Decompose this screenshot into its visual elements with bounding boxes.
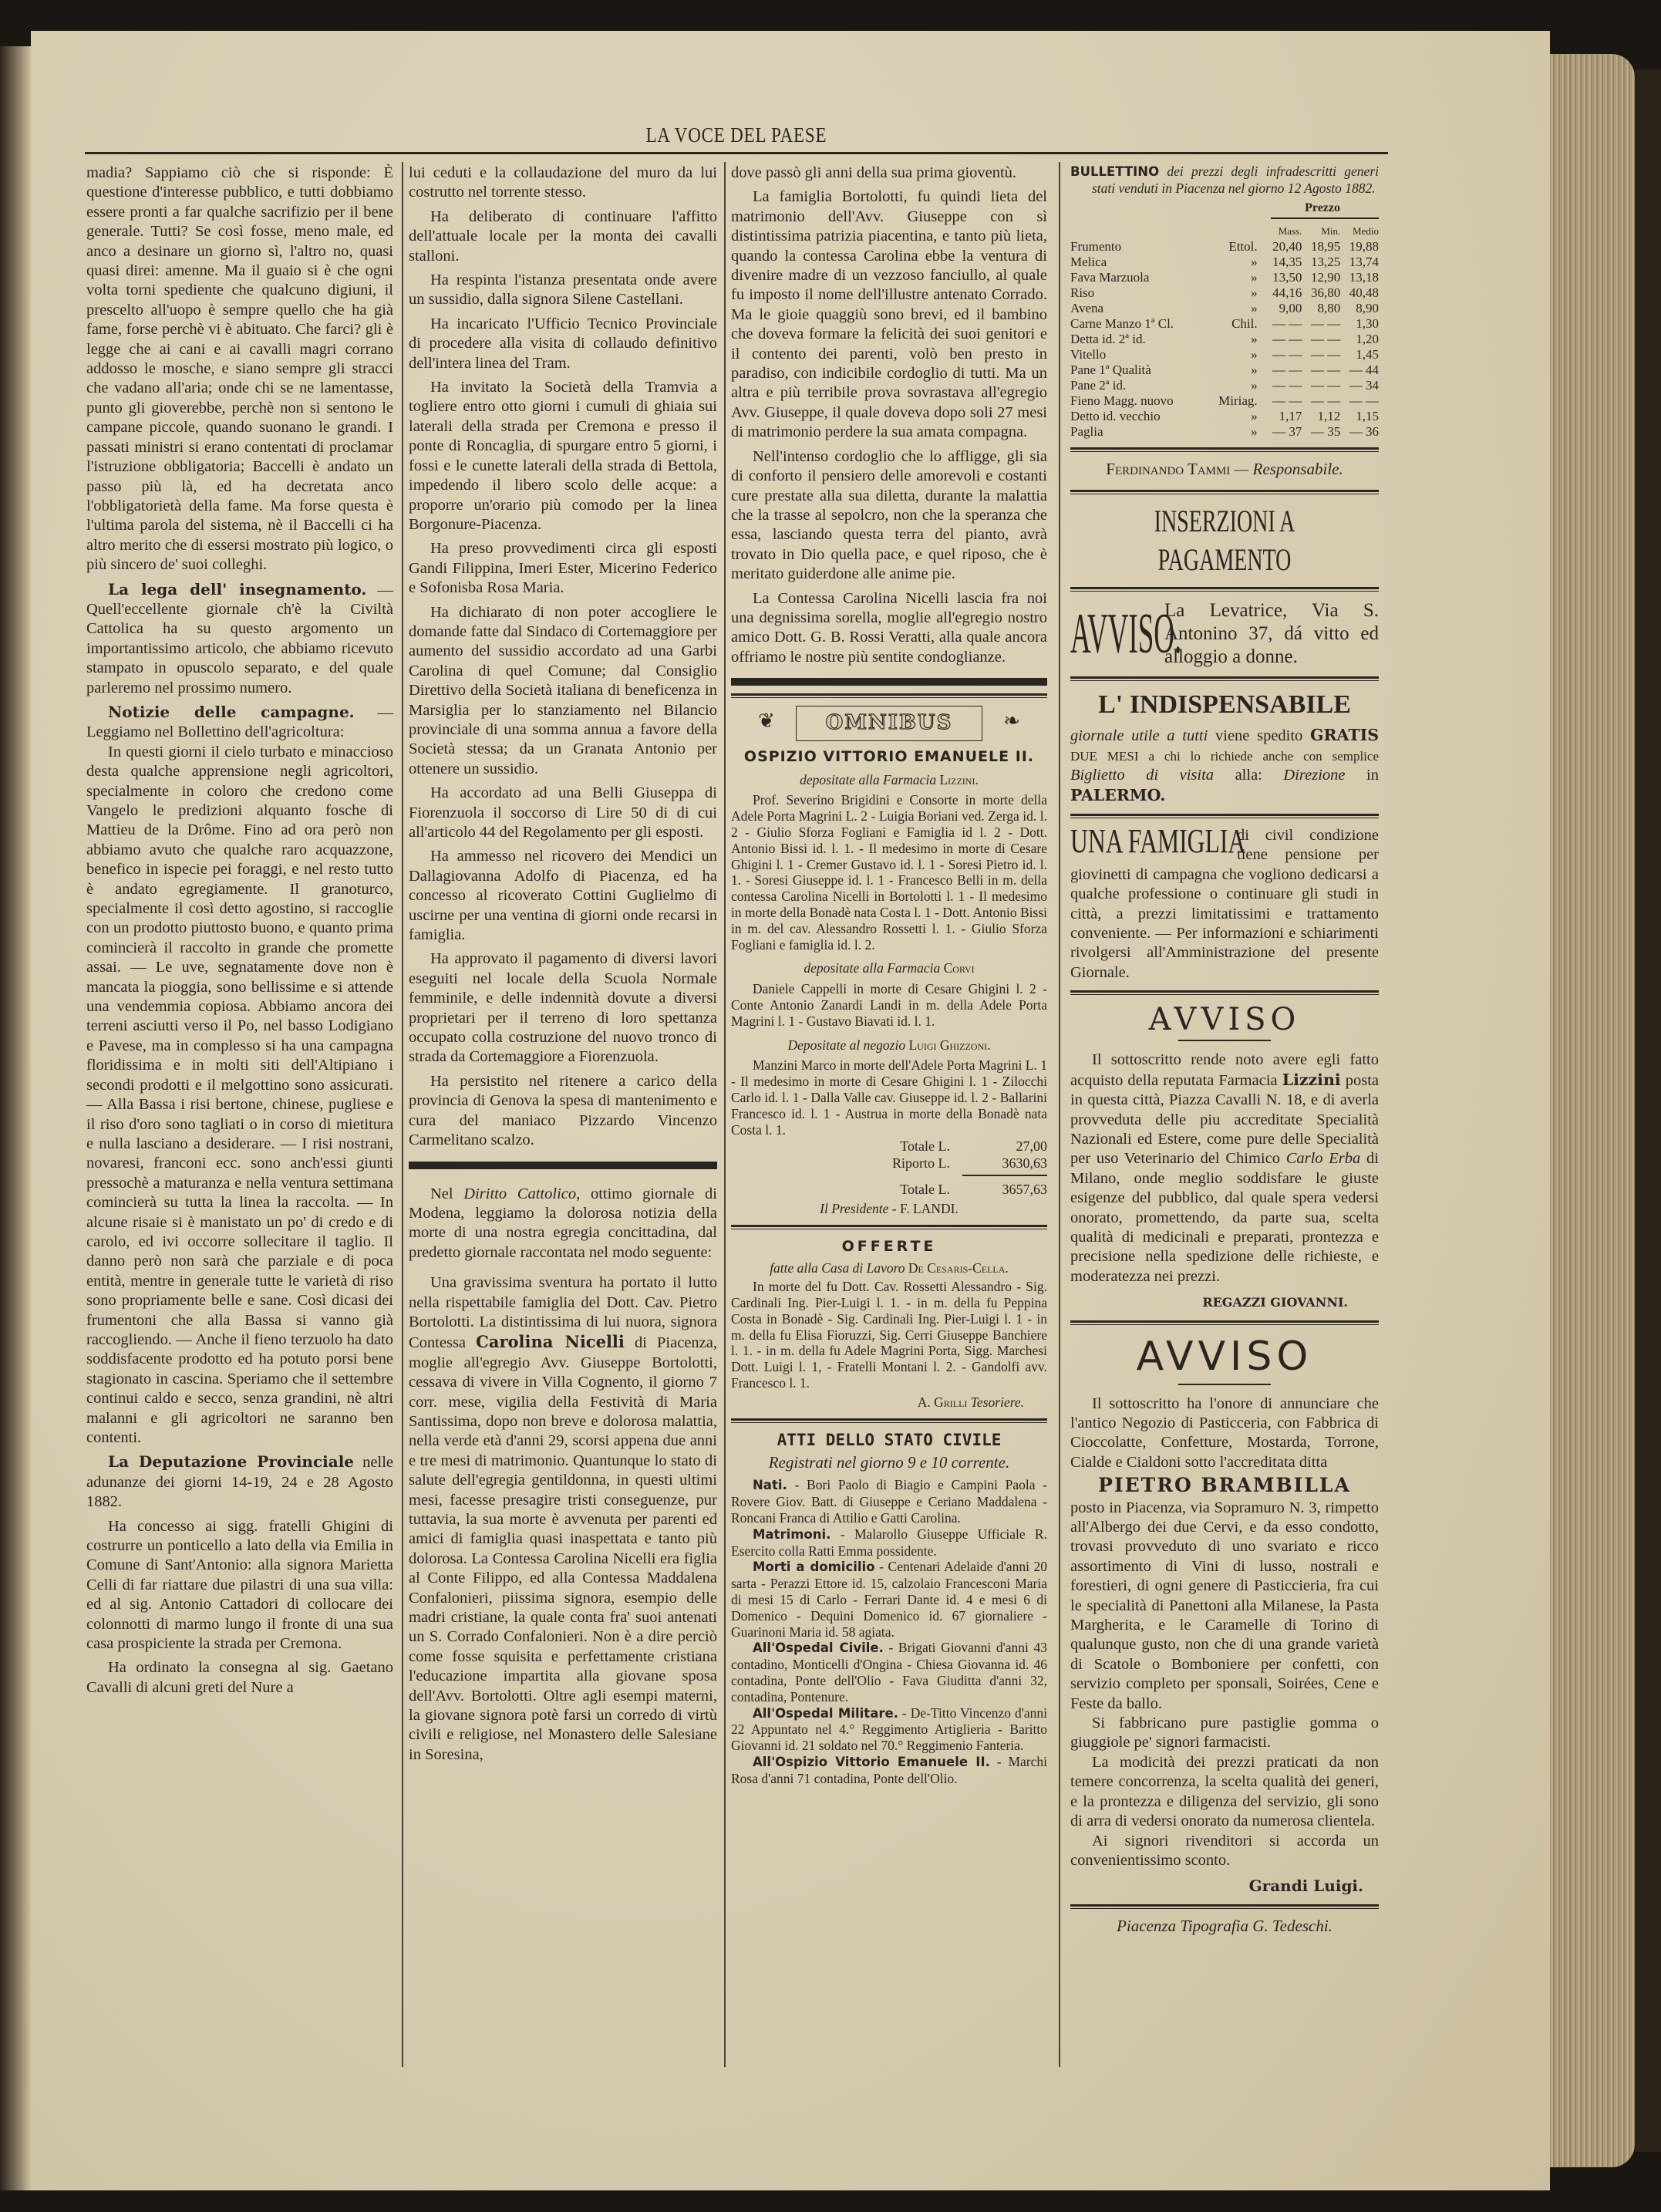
commodity-name: Carne Manzo 1ª Cl.	[1070, 316, 1204, 332]
unit: »	[1204, 285, 1263, 301]
unit: Chil.	[1204, 316, 1263, 332]
price-row: Pane 2ª id.»— —— —— 34	[1070, 378, 1379, 393]
bulletin-heading: BULLETTINO dei prezzi degli infradescrit…	[1070, 164, 1379, 197]
price-avg: — 44	[1340, 362, 1379, 378]
section-heading: Notizie delle campagne.	[108, 703, 355, 721]
total-value: 3630,63	[962, 1155, 1047, 1176]
president-signature: Il Presidente - F. LANDI.	[731, 1201, 1047, 1217]
price-avg: 1,45	[1340, 347, 1379, 362]
article-paragraph: Ha ammesso nel ricovero dei Mendici un D…	[409, 847, 717, 945]
price-min: — —	[1302, 332, 1340, 347]
signature-role: Tesoriere.	[971, 1394, 1024, 1410]
price-max: 9,00	[1264, 301, 1302, 316]
ornament-icon: ❧	[1003, 711, 1020, 730]
advert-headline: L' INDISPENSABILE	[1070, 689, 1379, 721]
article-paragraph: Ha dichiarato di non poter accogliere le…	[409, 603, 717, 780]
article-paragraph: La famiglia Bortolotti, fu quindi lieta …	[731, 187, 1047, 442]
price-row: Detta id. 2ª id.»— —— —1,20	[1070, 332, 1379, 347]
double-rule	[1070, 676, 1379, 681]
ornament-icon: ❦	[758, 711, 775, 730]
omnibus-banner: ❦ OMNIBUS ❧	[796, 706, 982, 741]
article-text: Nel	[430, 1185, 463, 1202]
commodity-name: Fieno Magg. nuovo	[1070, 393, 1204, 409]
editor-role: — Responsabile.	[1235, 460, 1343, 478]
price-row: Vitello»— —— —1,45	[1070, 347, 1379, 362]
double-rule	[731, 1225, 1047, 1229]
facing-page-edge	[0, 46, 31, 2190]
price-max: — —	[1264, 316, 1302, 332]
column-3: dove passò gli anni della sua prima giov…	[731, 164, 1047, 1787]
inserzioni-title: INSERZIONI A PAGAMENTO	[1117, 502, 1333, 579]
price-max: — —	[1264, 347, 1302, 362]
unit: »	[1204, 347, 1263, 362]
price-min: — —	[1302, 316, 1340, 332]
header-rule	[85, 152, 1388, 154]
price-row: FrumentoEttol.20,4018,9519,88	[1070, 239, 1379, 255]
price-min: — —	[1302, 362, 1340, 378]
editor-name: Ferdinando Tammi	[1106, 460, 1230, 478]
price-row: Carne Manzo 1ª Cl.Chil.— —— —1,30	[1070, 316, 1379, 332]
responsabile-line: Ferdinando Tammi — Responsabile.	[1070, 460, 1379, 479]
article-paragraph: Ha preso provvedimenti circa gli esposti…	[409, 539, 717, 598]
double-rule	[1070, 490, 1379, 494]
price-max: 14,35	[1264, 255, 1302, 270]
article-paragraph: Ha deliberato di continuare l'affitto de…	[409, 207, 717, 266]
advert-signature: REGAZZI GIOVANNI.	[1070, 1293, 1379, 1312]
total-label: Totale L.	[731, 1176, 962, 1198]
column-header: Medio	[1340, 224, 1379, 239]
record-label: All'Ospizio Vittorio Emanuele II.	[753, 1755, 990, 1769]
price-avg: 8,90	[1340, 301, 1379, 316]
advert-paragraph: Ai signori rivenditori si accorda un con…	[1070, 1832, 1379, 1871]
advert-headline: AVVISO	[1070, 1003, 1379, 1037]
article-paragraph: Ha invitato la Società della Tramvia a t…	[409, 378, 717, 534]
double-rule	[731, 1418, 1047, 1423]
price-min: 8,80	[1302, 301, 1340, 316]
civil-record: All'Ospizio Vittorio Emanuele II. - Marc…	[731, 1754, 1047, 1787]
ad-text: giornale utile a tutti	[1070, 727, 1208, 744]
firm-name: PIETRO BRAMBILLA	[1070, 1475, 1379, 1495]
unit: »	[1204, 378, 1263, 393]
section-title: OSPIZIO VITTORIO EMANUELE II.	[731, 747, 1047, 767]
total-label: Totale L.	[731, 1138, 962, 1155]
price-min: — 35	[1302, 424, 1340, 440]
civil-record: Morti a domicilio - Centenari Adelaide d…	[731, 1559, 1047, 1640]
commodity-name: Paglia	[1070, 424, 1204, 440]
civil-record: All'Ospedal Civile. - Brigati Giovanni d…	[731, 1640, 1047, 1705]
page-stack-edge	[1550, 54, 1635, 2167]
article-notizie-heading: Notizie delle campagne. — Leggiamo nel B…	[86, 703, 393, 743]
subsection-heading: fatte alla Casa di Lavoro De Cesaris-Cel…	[731, 1260, 1047, 1276]
advert-paragraph: posto in Piacenza, via Sopramuro N. 3, r…	[1070, 1499, 1379, 1714]
article-paragraph: Ha incaricato l'Ufficio Tecnico Provinci…	[409, 315, 717, 373]
commodity-name: Avena	[1070, 301, 1204, 316]
total-value: 27,00	[962, 1138, 1047, 1155]
unit: »	[1204, 332, 1263, 347]
total-label: Riporto L.	[731, 1155, 962, 1176]
price-row: Paglia»— 37— 35— 36	[1070, 424, 1379, 440]
commodity-name: Melica	[1070, 255, 1204, 270]
record-label: All'Ospedal Civile.	[753, 1640, 884, 1655]
ad-emphasis: PALERMO.	[1070, 786, 1165, 804]
pharmacy-name: Corvi	[944, 960, 975, 976]
section-divider	[731, 678, 1047, 686]
signature-name: A. Grilli	[918, 1394, 968, 1410]
price-min: 13,25	[1302, 255, 1340, 270]
advert-headline: AVVISO.	[1070, 605, 1161, 663]
price-header: Prezzo	[1070, 198, 1379, 217]
unit: Ettol.	[1204, 239, 1263, 255]
record-label: All'Ospedal Militare.	[753, 1706, 898, 1721]
ad-text: Direzione	[1283, 767, 1345, 784]
signature-label: Il Presidente	[820, 1201, 888, 1216]
advert-paragraph: Il sottoscritto ha l'onore di annunciare…	[1070, 1394, 1379, 1473]
column-1: madia? Sappiamo ciò che si risponde: È q…	[86, 164, 393, 1698]
donation-list: In morte del fu Dott. Cav. Rossetti Ales…	[731, 1279, 1047, 1391]
short-rule	[1178, 1040, 1271, 1041]
double-rule	[1070, 990, 1379, 995]
price-max: 44,16	[1264, 285, 1302, 301]
price-row: Detto id. vecchio»1,171,121,15	[1070, 409, 1379, 424]
subsection-heading: depositate alla Farmacia Lizzini.	[731, 772, 1047, 788]
subheading-text: depositate alla Farmacia	[800, 772, 939, 787]
shop-name: Luigi Ghizzoni.	[908, 1037, 990, 1053]
obituary-paragraph: Una gravissima sventura ha portato il lu…	[409, 1273, 717, 1765]
price-row: Fieno Magg. nuovoMiriag.— —— —— —	[1070, 393, 1379, 409]
subsection-heading: Depositate al negozio Luigi Ghizzoni.	[731, 1037, 1047, 1054]
column-divider	[724, 162, 726, 2067]
price-table-body: FrumentoEttol.20,4018,9519,88Melica»14,3…	[1070, 239, 1379, 440]
article-deputazione-heading: La Deputazione Provinciale nelle adunanz…	[86, 1452, 393, 1512]
civil-record: Nati. - Bori Paolo di Biagio e Campini P…	[731, 1477, 1047, 1526]
column-header: Mass.	[1264, 224, 1302, 239]
unit: »	[1204, 301, 1263, 316]
ad-emphasis: GRATIS	[1310, 726, 1379, 744]
price-table: Mass. Min. Medio FrumentoEttol.20,4018,9…	[1070, 224, 1379, 440]
publication-title: Diritto Cattolico	[463, 1185, 576, 1202]
article-paragraph: madia? Sappiamo ciò che si risponde: È q…	[86, 164, 393, 575]
price-max: — —	[1264, 362, 1302, 378]
pharmacy-name: Lizzini.	[939, 772, 978, 787]
civil-record: All'Ospedal Militare. - De-Titto Vincenz…	[731, 1705, 1047, 1754]
famiglia-text: UNA FAMIGLIA	[1070, 826, 1245, 857]
column-4: BULLETTINO dei prezzi degli infradescrit…	[1070, 164, 1379, 1936]
advert-signature: Grandi Luigi.	[1070, 1876, 1379, 1896]
article-paragraph: Ha accordato ad una Belli Giuseppa di Fi…	[409, 784, 717, 842]
article-paragraph: Ha respinta l'istanza presentata onde av…	[409, 271, 717, 310]
signature-name: - F. LANDI.	[892, 1201, 959, 1216]
price-max: — —	[1264, 393, 1302, 409]
column-2: lui ceduti e la collaudazione del muro d…	[409, 164, 717, 1765]
price-avg: 1,30	[1340, 316, 1379, 332]
unit: »	[1204, 424, 1263, 440]
unit: »	[1204, 409, 1263, 424]
article-paragraph: La Contessa Carolina Nicelli lascia fra …	[731, 589, 1047, 668]
donation-list: Manzini Marco in morte dell'Adele Porta …	[731, 1057, 1047, 1138]
double-rule	[731, 693, 1047, 698]
advert-famiglia: UNA FAMIGLIAdi civil condizione tiene pe…	[1070, 826, 1379, 983]
section-heading: La Deputazione Provinciale	[108, 1452, 354, 1471]
commodity-name: Frumento	[1070, 239, 1204, 255]
article-diritto-intro: Nel Diritto Cattolico, ottimo giornale d…	[409, 1185, 717, 1263]
commodity-name: Vitello	[1070, 347, 1204, 362]
advert-headline: UNA FAMIGLIA	[1070, 826, 1232, 857]
price-avg: 13,74	[1340, 255, 1379, 270]
unit: »	[1204, 362, 1263, 378]
price-max: 13,50	[1264, 270, 1302, 285]
double-rule	[1070, 1320, 1379, 1325]
section-divider	[409, 1162, 717, 1169]
price-row: Riso»44,1636,8040,48	[1070, 285, 1379, 301]
ad-text: in	[1346, 767, 1379, 784]
banner-text: OMNIBUS	[826, 713, 953, 733]
article-text: di Piacenza, moglie all'egregio Avv. Giu…	[409, 1334, 717, 1763]
record-label: Matrimoni.	[753, 1527, 830, 1542]
advert-paragraph: Si fabbricano pure pastiglie gomma o giu…	[1070, 1714, 1379, 1753]
price-min: — —	[1302, 347, 1340, 362]
price-avg: — 36	[1340, 424, 1379, 440]
ad-text: viene spedito	[1208, 727, 1310, 744]
price-max: 20,40	[1264, 239, 1302, 255]
person-name: Carolina Nicelli	[476, 1332, 625, 1351]
double-rule	[1070, 814, 1379, 818]
price-avg: 19,88	[1340, 239, 1379, 255]
double-rule	[1070, 587, 1379, 592]
article-paragraph: dove passò gli anni della sua prima giov…	[731, 164, 1047, 183]
price-min: 36,80	[1302, 285, 1340, 301]
running-head: LA VOCE DEL PAESE	[183, 123, 1291, 147]
advert-farmacia: Il sottoscritto rende noto avere egli fa…	[1070, 1050, 1379, 1286]
unit: »	[1204, 255, 1263, 270]
price-avg: 13,18	[1340, 270, 1379, 285]
unit: »	[1204, 270, 1263, 285]
price-max: 1,17	[1264, 409, 1302, 424]
section-heading: La lega dell' insegnamento.	[108, 580, 366, 599]
book-binding	[1635, 69, 1661, 2152]
printer-credit: Piacenza Tipografia G. Tedeschi.	[1070, 1917, 1379, 1936]
price-avg: 1,15	[1340, 409, 1379, 424]
unit: Miriag.	[1204, 393, 1263, 409]
donation-list: Prof. Severino Brigidini e Consorte in m…	[731, 792, 1047, 953]
section-title: INSERZIONI A PAGAMENTO	[1070, 502, 1379, 579]
article-paragraph: Ha approvato il pagamento di diversi lav…	[409, 949, 717, 1067]
price-avg: 1,20	[1340, 332, 1379, 347]
price-max: — —	[1264, 378, 1302, 393]
price-header-flourish	[1271, 217, 1379, 219]
price-row: Pane 1ª Qualità»— —— —— 44	[1070, 362, 1379, 378]
section-title: ATTI DELLO STATO CIVILE	[731, 1431, 1047, 1450]
record-label: Morti a domicilio	[753, 1560, 875, 1574]
ad-emphasis: Lizzini	[1282, 1071, 1341, 1089]
price-table-header: Mass. Min. Medio	[1070, 224, 1379, 239]
advert-text: La Levatrice, Via S. Antonino 37, dá vit…	[1164, 599, 1379, 669]
price-min: 12,90	[1302, 270, 1340, 285]
total-value: 3657,63	[962, 1176, 1047, 1198]
subheading-text: fatte alla Casa di Lavoro	[770, 1260, 908, 1276]
avviso-text: AVVISO.	[1070, 605, 1181, 663]
commodity-name: Fava Marzuola	[1070, 270, 1204, 285]
ad-text: alla:	[1214, 767, 1283, 784]
ad-text: DUE MESI a chi lo richiede anche con sem…	[1070, 749, 1379, 764]
price-row: Melica»14,3513,2513,74	[1070, 255, 1379, 270]
advert-headline: AVVISO	[1070, 1333, 1379, 1381]
article-paragraph: Ha concesso ai sigg. fratelli Ghigini di…	[86, 1517, 393, 1654]
price-min: — —	[1302, 393, 1340, 409]
column-header: Min.	[1302, 224, 1340, 239]
price-avg: 40,48	[1340, 285, 1379, 301]
article-paragraph: lui ceduti e la collaudazione del muro d…	[409, 164, 717, 203]
price-max: — —	[1264, 332, 1302, 347]
price-min: 18,95	[1302, 239, 1340, 255]
advert-paragraph: La modicità dei prezzi praticati da non …	[1070, 1753, 1379, 1832]
commodity-name: Pane 2ª id.	[1070, 378, 1204, 393]
civil-record: Matrimoni. - Malarollo Giuseppe Ufficial…	[731, 1526, 1047, 1560]
subheading-text: Depositate al negozio	[787, 1037, 908, 1053]
price-min: — —	[1302, 378, 1340, 393]
column-divider	[1059, 162, 1060, 2067]
price-avg: — 34	[1340, 378, 1379, 393]
double-rule	[1070, 1904, 1379, 1909]
price-row: Avena»9,008,808,90	[1070, 301, 1379, 316]
article-paragraph: Ha persistito nel ritenere a carico dell…	[409, 1072, 717, 1151]
short-rule	[1178, 1384, 1271, 1385]
commodity-name: Detto id. vecchio	[1070, 409, 1204, 424]
advert-text: giornale utile a tutti viene spedito GRA…	[1070, 726, 1379, 806]
ad-text: di Milano, onde meglio soddisfare le giu…	[1070, 1150, 1379, 1284]
advert-levatrice: AVVISO. La Levatrice, Via S. Antonino 37…	[1070, 599, 1379, 669]
donation-list: Daniele Cappelli in morte di Cesare Ghig…	[731, 981, 1047, 1029]
section-title: OFFERTE	[731, 1237, 1047, 1256]
section-subtitle: Registrati nel giorno 9 e 10 corrente.	[731, 1453, 1047, 1472]
price-avg: — —	[1340, 393, 1379, 409]
ad-text: Carlo Erba	[1286, 1150, 1361, 1167]
commodity-name: Pane 1ª Qualità	[1070, 362, 1204, 378]
price-row: Fava Marzuola»13,5012,9013,18	[1070, 270, 1379, 285]
article-paragraph: Ha ordinato la consegna al sig. Gaetano …	[86, 1658, 393, 1698]
article-paragraph: Nell'intenso cordoglio che lo affligge, …	[731, 447, 1047, 585]
subsection-heading: depositate alla Farmacia Corvi	[731, 960, 1047, 976]
bulletin-label: BULLETTINO	[1070, 164, 1159, 179]
double-rule	[1070, 447, 1379, 452]
treasurer-signature: A. Grilli Tesoriere.	[731, 1394, 1047, 1411]
price-max: — 37	[1264, 424, 1302, 440]
article-paragraph: In questi giorni il cielo turbato e mina…	[86, 743, 393, 1448]
commodity-name: Riso	[1070, 285, 1204, 301]
ad-text: Biglietto di visita	[1070, 767, 1214, 784]
record-label: Nati.	[753, 1478, 787, 1492]
subheading-text: depositate alla Farmacia	[804, 960, 943, 976]
article-lega: La lega dell' insegnamento. — Quell'ecce…	[86, 580, 393, 698]
institution-name: De Cesaris-Cella.	[908, 1260, 1009, 1276]
price-min: 1,12	[1302, 409, 1340, 424]
commodity-name: Detta id. 2ª id.	[1070, 332, 1204, 347]
totals-table: Totale L. 27,00 Riporto L. 3630,63 Total…	[731, 1138, 1047, 1198]
column-divider	[402, 162, 403, 2067]
